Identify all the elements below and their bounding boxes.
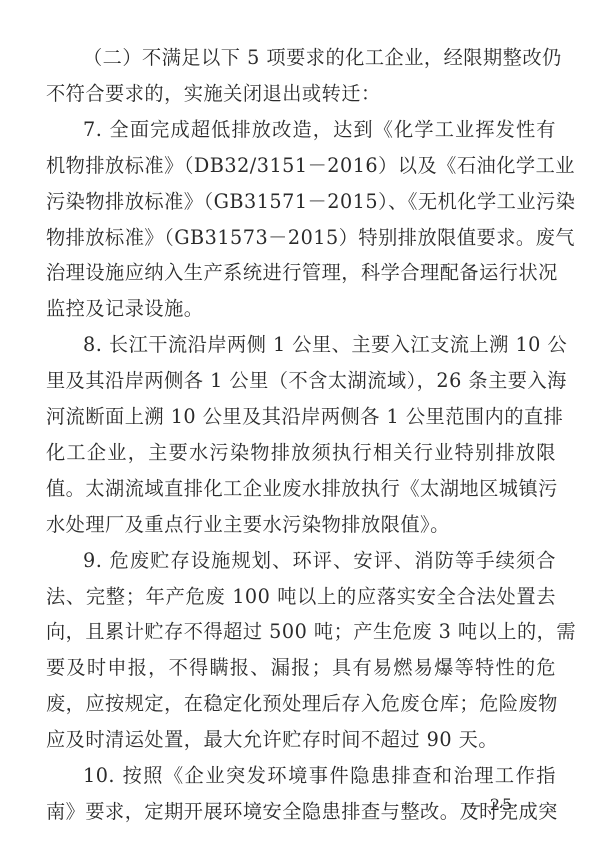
text-line: 废，应按规定，在稳定化预处理后存入危废仓库；危险废物 — [46, 686, 556, 722]
text-line: 9. 危废贮存设施规划、环评、安评、消防等手续须合 — [83, 543, 556, 579]
text-line: 不符合要求的，实施关闭退出或转迁： — [46, 76, 556, 112]
page-number: — 25 — — [462, 792, 542, 818]
text-line: 8. 长江干流沿岸两侧 1 公里、主要入江支流上溯 10 公 — [83, 327, 556, 363]
text-line: 化工企业，主要水污染物排放须执行相关行业特别排放限 — [46, 435, 556, 471]
text-line: （二）不满足以下 5 项要求的化工企业，经限期整改仍 — [83, 40, 556, 76]
document-page: （二）不满足以下 5 项要求的化工企业，经限期整改仍不符合要求的，实施关闭退出或… — [0, 0, 600, 847]
text-line: 治理设施应纳入生产系统进行管理，科学合理配备运行状况 — [46, 255, 556, 291]
text-line: 机物排放标准》（DB32/3151－2016）以及《石油化学工业 — [46, 148, 556, 184]
text-line: 法、完整；年产危废 100 吨以上的应落实安全合法处置去 — [46, 579, 556, 615]
text-line: 值。太湖流域直排化工企业废水排放执行《太湖地区城镇污 — [46, 471, 556, 507]
text-line: 7. 全面完成超低排放改造，达到《化学工业挥发性有 — [83, 112, 556, 148]
text-line: 里及其沿岸两侧各 1 公里（不含太湖流域），26 条主要入海 — [46, 363, 556, 399]
text-line: 水处理厂及重点行业主要水污染物排放限值》。 — [46, 507, 556, 543]
text-line: 污染物排放标准》（GB31571－2015）、《无机化学工业污染 — [46, 184, 556, 220]
text-line: 物排放标准》（GB31573－2015）特别排放限值要求。废气 — [46, 220, 556, 256]
text-line: 向，且累计贮存不得超过 500 吨；产生危废 3 吨以上的，需 — [46, 614, 556, 650]
text-line: 监控及记录设施。 — [46, 291, 556, 327]
text-line: 10. 按照《企业突发环境事件隐患排查和治理工作指 — [83, 758, 556, 794]
text-line: 要及时申报，不得瞒报、漏报；具有易燃易爆等特性的危 — [46, 650, 556, 686]
text-line: 河流断面上溯 10 公里及其沿岸两侧各 1 公里范围内的直排 — [46, 399, 556, 435]
text-line: 应及时清运处置，最大允许贮存时间不超过 90 天。 — [46, 722, 556, 758]
